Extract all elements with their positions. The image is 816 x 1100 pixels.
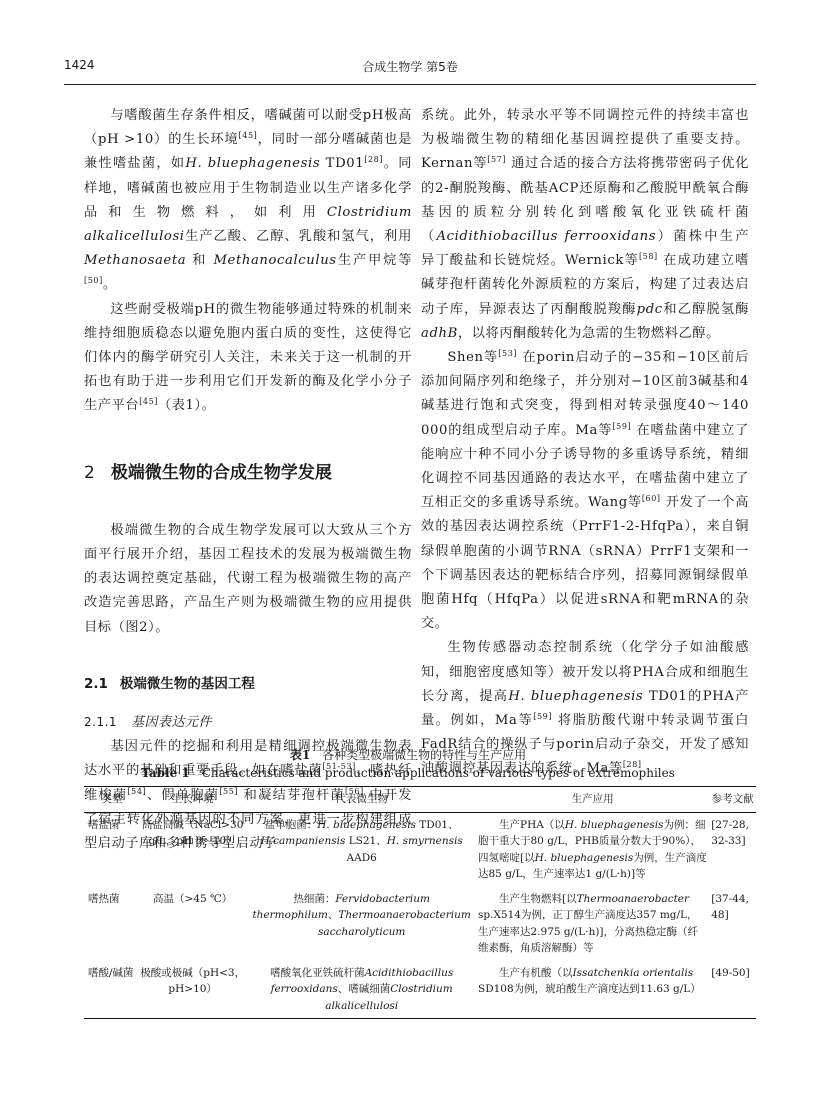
table-row: 嗜盐菌 高盐高碱（NaCl>30 g/L，pH 8～10） 盐单胞菌：H. bl… <box>84 812 756 887</box>
citation[interactable]: [58] <box>639 252 658 261</box>
table-row: 嗜热菌 高温（>45 ℃） 热细菌：Fervidobacterium therm… <box>84 887 756 961</box>
cell-environment: 极酸或极碱（pH<3，pH>10） <box>138 961 247 1019</box>
table-caption: 表1各种类型极端微生物的特性与生产应用 Table 1Characteristi… <box>60 746 756 782</box>
left-column: 与嗜酸菌生存条件相反，嗜碱菌可以耐受pH极高（pH >10）的生长环境[45]，… <box>84 104 412 856</box>
citation[interactable]: [57] <box>487 155 506 164</box>
cell-organisms: 嗜酸氧化亚铁硫杆菌Acidithiobacillus ferrooxidans、… <box>247 961 476 1019</box>
section-heading-2-1: 2.1极端微生物的基因工程 <box>84 672 412 696</box>
cell-applications: 生产有机酸（以Issatchenkia orientalis SD108为例，琥… <box>476 961 709 1019</box>
citation[interactable]: [60] <box>642 494 661 503</box>
citation[interactable]: [28] <box>364 155 383 164</box>
header-environment: 生长环境 <box>138 787 247 813</box>
cell-applications: 生产PHA（以H. bluephagenesis为例：细胞干重大于80 g/L，… <box>476 812 709 887</box>
page-header: 1424 合成生物学 第5卷 <box>64 56 756 85</box>
cell-environment: 高盐高碱（NaCl>30 g/L，pH 8～10） <box>138 812 247 887</box>
right-column: 系统。此外，转录水平等不同调控元件的持续丰富也为极端微生物的精细化基因调控提供了… <box>421 104 749 782</box>
paragraph-alkaliphiles: 与嗜酸菌生存条件相反，嗜碱菌可以耐受pH极高（pH >10）的生长环境[45]，… <box>84 104 412 298</box>
citation[interactable]: [59] <box>612 422 631 431</box>
extremophiles-table: 类型 生长环境 代表微生物 生产应用 参考文献 嗜盐菌 高盐高碱（NaCl>30… <box>84 786 756 1019</box>
table-caption-en: Table 1Characteristics and production ap… <box>60 764 756 782</box>
table-row: 嗜酸/碱菌 极酸或极碱（pH<3，pH>10） 嗜酸氧化亚铁硫杆菌Acidith… <box>84 961 756 1019</box>
cell-references: [37-44, 48] <box>709 887 756 961</box>
running-title: 合成生物学 第5卷 <box>64 58 756 75</box>
citation[interactable]: [45] <box>139 397 158 406</box>
section-heading-2: 2极端微生物的合成生物学发展 <box>84 461 412 485</box>
cell-references: [49-50] <box>709 961 756 1019</box>
header-type: 类型 <box>84 787 138 813</box>
paragraph-promoter-libraries: Shen等[53] 在porin启动子的−35和−10区前后添加间隔序列和绝缘子… <box>421 346 749 636</box>
section-heading-2-1-1: 2.1.1基因表达元件 <box>84 710 412 735</box>
citation[interactable]: [45] <box>239 131 258 140</box>
cell-type: 嗜酸/碱菌 <box>84 961 138 1019</box>
cell-applications: 生产生物燃料[以Thermoanaerobacter sp.X514为例，正丁醇… <box>476 887 709 961</box>
paragraph-regulatory-elements: 系统。此外，转录水平等不同调控元件的持续丰富也为极端微生物的精细化基因调控提供了… <box>421 104 749 346</box>
citation[interactable]: [53] <box>498 349 517 358</box>
cell-type: 嗜盐菌 <box>84 812 138 887</box>
cell-type: 嗜热菌 <box>84 887 138 961</box>
citation[interactable]: [59] <box>533 712 552 721</box>
header-references: 参考文献 <box>709 787 756 813</box>
table-caption-zh: 表1各种类型极端微生物的特性与生产应用 <box>60 746 756 764</box>
paragraph-section2-intro: 极端微生物的合成生物学发展可以大致从三个方面平行展开介绍，基因工程技术的发展为极… <box>84 519 412 640</box>
header-applications: 生产应用 <box>476 787 709 813</box>
cell-organisms: 盐单胞菌：H. bluephagenesis TD01、H.campaniens… <box>247 812 476 887</box>
cell-organisms: 热细菌：Fervidobacterium thermophilum、Thermo… <box>247 887 476 961</box>
cell-references: [27-28, 32-33] <box>709 812 756 887</box>
header-organisms: 代表微生物 <box>247 787 476 813</box>
table-header-row: 类型 生长环境 代表微生物 生产应用 参考文献 <box>84 787 756 813</box>
cell-environment: 高温（>45 ℃） <box>138 887 247 961</box>
citation[interactable]: [50] <box>84 276 103 285</box>
paragraph-ph-mechanism: 这些耐受极端pH的微生物能够通过特殊的机制来维持细胞质稳态以避免胞内蛋白质的变性… <box>84 298 412 419</box>
